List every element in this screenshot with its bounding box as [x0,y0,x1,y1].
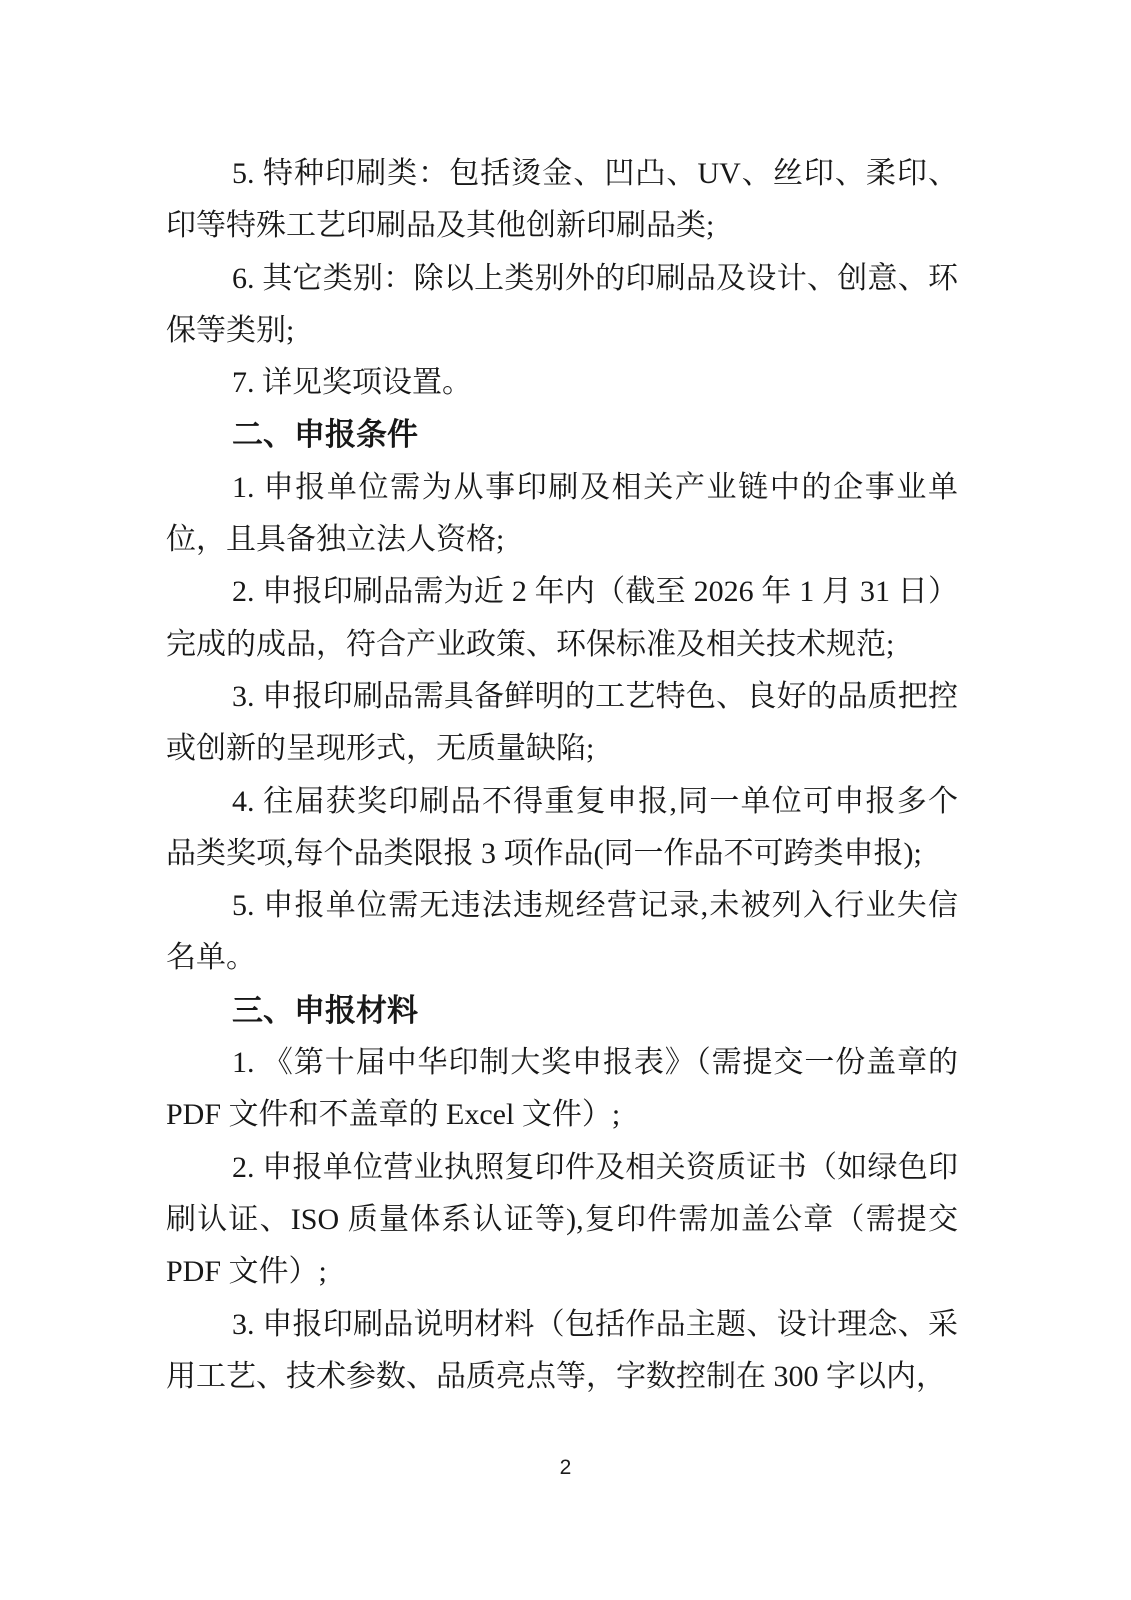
paragraph: 1. 申报单位需为从事印刷及相关产业链中的企事业单位，且具备独立法人资格; [166,462,958,567]
paragraph-line: 印等特殊工艺印刷品及其他创新印刷品类; [166,200,958,252]
paragraph: 2. 申报单位营业执照复印件及相关资质证书（如绿色印刷认证、ISO 质量体系认证… [166,1142,958,1299]
page-footer: 2 [0,1456,1131,1480]
paragraph: 3. 申报印刷品需具备鲜明的工艺特色、良好的品质把控或创新的呈现形式，无质量缺陷… [166,671,958,776]
paragraph: 5. 申报单位需无违法违规经营记录,未被列入行业失信名单。 [166,880,958,985]
paragraph: 1. 《第十届中华印制大奖申报表》（需提交一份盖章的PDF 文件和不盖章的 Ex… [166,1037,958,1142]
paragraph-line: 2. 申报印刷品需为近 2 年内（截至 2026 年 1 月 31 日） [166,566,958,618]
paragraph-line: PDF 文件）; [166,1246,958,1298]
section-heading: 三、申报材料 [166,985,958,1037]
paragraph-line: 位，且具备独立法人资格; [166,514,958,566]
paragraph-line: 品类奖项,每个品类限报 3 项作品(同一作品不可跨类申报); [166,828,958,880]
paragraph-line: 1. 《第十届中华印制大奖申报表》（需提交一份盖章的 [166,1037,958,1089]
document-page: 5. 特种印刷类：包括烫金、凹凸、UV、丝印、柔印、凹印等特殊工艺印刷品及其他创… [0,0,1131,1600]
paragraph-line: 名单。 [166,932,958,984]
paragraph-line: 2. 申报单位营业执照复印件及相关资质证书（如绿色印 [166,1142,958,1194]
paragraph: 4. 往届获奖印刷品不得重复申报,同一单位可申报多个品类奖项,每个品类限报 3 … [166,776,958,881]
paragraph: 7. 详见奖项设置。 [166,357,958,409]
paragraph-line: 保等类别; [166,305,958,357]
section-heading-line: 三、申报材料 [166,985,958,1037]
paragraph-line: 或创新的呈现形式，无质量缺陷; [166,723,958,775]
paragraph-line: 完成的成品，符合产业政策、环保标准及相关技术规范; [166,619,958,671]
paragraph: 2. 申报印刷品需为近 2 年内（截至 2026 年 1 月 31 日）完成的成… [166,566,958,671]
page-number: 2 [560,1456,572,1479]
paragraph-line: 4. 往届获奖印刷品不得重复申报,同一单位可申报多个 [166,776,958,828]
paragraph-line: 刷认证、ISO 质量体系认证等),复印件需加盖公章（需提交 [166,1194,958,1246]
paragraph-line: 用工艺、技术参数、品质亮点等，字数控制在 300 字以内， [166,1351,958,1403]
document-body: 5. 特种印刷类：包括烫金、凹凸、UV、丝印、柔印、凹印等特殊工艺印刷品及其他创… [166,148,958,1403]
paragraph-line: 3. 申报印刷品说明材料（包括作品主题、设计理念、采 [166,1299,958,1351]
paragraph: 5. 特种印刷类：包括烫金、凹凸、UV、丝印、柔印、凹印等特殊工艺印刷品及其他创… [166,148,958,253]
paragraph-line: 1. 申报单位需为从事印刷及相关产业链中的企事业单 [166,462,958,514]
paragraph-line: 3. 申报印刷品需具备鲜明的工艺特色、良好的品质把控 [166,671,958,723]
paragraph: 6. 其它类别：除以上类别外的印刷品及设计、创意、环保等类别; [166,253,958,358]
section-heading: 二、申报条件 [166,409,958,461]
paragraph-line: 6. 其它类别：除以上类别外的印刷品及设计、创意、环 [166,253,958,305]
paragraph-line: 5. 特种印刷类：包括烫金、凹凸、UV、丝印、柔印、凹 [166,148,958,200]
paragraph-line: 7. 详见奖项设置。 [166,357,958,409]
paragraph-line: PDF 文件和不盖章的 Excel 文件）; [166,1089,958,1141]
paragraph: 3. 申报印刷品说明材料（包括作品主题、设计理念、采用工艺、技术参数、品质亮点等… [166,1299,958,1404]
section-heading-line: 二、申报条件 [166,409,958,461]
paragraph-line: 5. 申报单位需无违法违规经营记录,未被列入行业失信 [166,880,958,932]
